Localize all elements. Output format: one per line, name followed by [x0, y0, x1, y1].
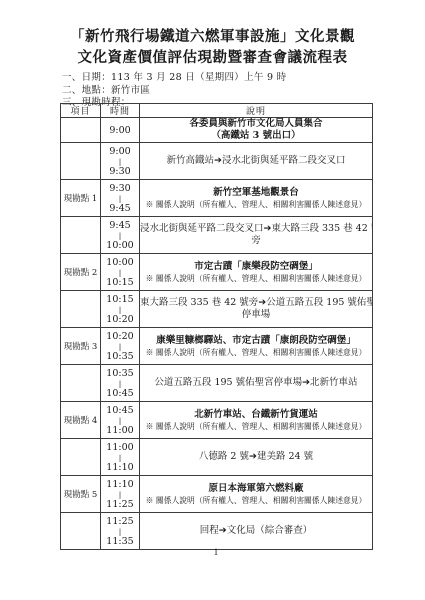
table-row: 現勘點 210:00|10:15市定古蹟「康樂段防空碉堡」※ 關係人說明（所有權…	[61, 254, 373, 291]
description-line: （高鐵站 3 號出口）	[140, 130, 372, 142]
item-cell: 現勘點 4	[61, 402, 101, 439]
time-value: 10:45	[101, 388, 139, 399]
item-cell	[61, 365, 101, 402]
description-line: 公道五路五段 195 號佑聖宮停車場➔北新竹車站	[140, 377, 372, 389]
item-cell	[61, 291, 101, 328]
document-title-line1: 「新竹飛行場鐵道六燃軍事設施」文化景觀	[0, 26, 425, 47]
description-line: 回程➔文化局（綜合審查）	[140, 525, 372, 537]
description-cell: 各委員與新竹市文化局人員集合（高鐵站 3 號出口）	[140, 118, 373, 143]
time-separator: |	[101, 157, 139, 166]
description-line: ※ 關係人說明（所有權人、管理人、相關利害關係人陳述意見）	[140, 199, 372, 210]
table-row: 11:00|11:10八德路 2 號➔建美路 24 號	[61, 439, 373, 476]
time-value: 9:00	[101, 125, 139, 136]
time-value: 10:45	[101, 405, 139, 416]
time-value: 11:10	[101, 479, 139, 490]
description-line: ※ 關係人說明（所有權人、管理人、相關利害關係人陳述意見）	[140, 347, 372, 358]
document-title: 「新竹飛行場鐵道六燃軍事設施」文化景觀 文化資產價值評估現勘暨審查會議流程表	[0, 0, 425, 68]
time-separator: |	[101, 231, 139, 240]
table-row: 現勘點 511:10|11:25原日本海軍第六燃料廠※ 關係人說明（所有權人、管…	[61, 476, 373, 513]
time-value: 11:00	[101, 442, 139, 453]
description-line: 停車場	[140, 309, 372, 321]
time-value: 10:20	[101, 331, 139, 342]
item-cell: 現勘點 1	[61, 180, 101, 217]
description-line: 新竹高鐵站➔浸水北街與延平路二段交叉口	[140, 155, 372, 167]
time-cell: 9:00|9:30	[101, 143, 140, 180]
table-row: 現勘點 310:20|10:35康樂里糠榔驛站、市定古蹟「康朗段防空碉堡」※ 關…	[61, 328, 373, 365]
time-separator: |	[101, 490, 139, 499]
page-number: 1	[0, 548, 425, 557]
table-row: 現勘點 19:30|9:45新竹空軍基地觀景台※ 關係人說明（所有權人、管理人、…	[61, 180, 373, 217]
description-line: ※ 關係人說明（所有權人、管理人、相關利害關係人陳述意見）	[140, 421, 372, 432]
time-value: 10:20	[101, 314, 139, 325]
description-line: 北新竹車站、台鐵新竹貨運站	[140, 409, 372, 421]
time-cell: 10:20|10:35	[101, 328, 140, 365]
col-header-desc: 說明	[140, 104, 373, 118]
description-line: 市定古蹟「康樂段防空碉堡」	[140, 261, 372, 273]
time-value: 10:35	[101, 368, 139, 379]
document-page: 「新竹飛行場鐵道六燃軍事設施」文化景觀 文化資產價值評估現勘暨審查會議流程表 一…	[0, 0, 425, 600]
meta-date: 一、日期：113 年 3 月 28 日（星期四）上午 9 時	[62, 72, 425, 85]
time-cell: 11:10|11:25	[101, 476, 140, 513]
description-line: 原日本海軍第六燃料廠	[140, 483, 372, 495]
document-title-line2: 文化資產價值評估現勘暨審查會議流程表	[0, 47, 425, 68]
table-row: 11:25|11:35回程➔文化局（綜合審查）	[61, 513, 373, 550]
time-separator: |	[101, 194, 139, 203]
table-header-row: 項目 時間 說明	[61, 104, 373, 118]
time-value: 11:10	[101, 462, 139, 473]
time-value: 10:00	[101, 240, 139, 251]
description-cell: 回程➔文化局（綜合審查）	[140, 513, 373, 550]
description-line: 旁	[140, 235, 372, 247]
item-cell	[61, 513, 101, 550]
table-row: 現勘點 410:45|11:00北新竹車站、台鐵新竹貨運站※ 關係人說明（所有權…	[61, 402, 373, 439]
time-value: 9:45	[101, 220, 139, 231]
table-row: 10:15|10:20東大路三段 335 巷 42 號旁➔公道五路五段 195 …	[61, 291, 373, 328]
item-cell	[61, 118, 101, 143]
item-cell	[61, 439, 101, 476]
time-cell: 10:35|10:45	[101, 365, 140, 402]
time-separator: |	[101, 379, 139, 388]
time-separator: |	[101, 268, 139, 277]
description-line: 各委員與新竹市文化局人員集合	[140, 118, 372, 130]
description-line: 康樂里糠榔驛站、市定古蹟「康朗段防空碉堡」	[140, 335, 372, 347]
time-separator: |	[101, 342, 139, 351]
description-cell: 原日本海軍第六燃料廠※ 關係人說明（所有權人、管理人、相關利害關係人陳述意見）	[140, 476, 373, 513]
description-line: 新竹空軍基地觀景台	[140, 187, 372, 199]
time-cell: 11:25|11:35	[101, 513, 140, 550]
description-line: 浸水北街與延平路二段交叉口➔東大路三段 335 巷 42 號	[140, 223, 372, 235]
description-cell: 新竹空軍基地觀景台※ 關係人說明（所有權人、管理人、相關利害關係人陳述意見）	[140, 180, 373, 217]
item-cell: 現勘點 5	[61, 476, 101, 513]
table-row: 9:00各委員與新竹市文化局人員集合（高鐵站 3 號出口）	[61, 118, 373, 143]
description-line: ※ 關係人說明（所有權人、管理人、相關利害關係人陳述意見）	[140, 495, 372, 506]
col-header-item: 項目	[61, 104, 101, 118]
time-cell: 10:15|10:20	[101, 291, 140, 328]
table-row: 10:35|10:45公道五路五段 195 號佑聖宮停車場➔北新竹車站	[61, 365, 373, 402]
item-cell	[61, 217, 101, 254]
time-value: 10:15	[101, 277, 139, 288]
table-row: 9:45|10:00浸水北街與延平路二段交叉口➔東大路三段 335 巷 42 號…	[61, 217, 373, 254]
time-value: 9:00	[101, 146, 139, 157]
description-line: 東大路三段 335 巷 42 號旁➔公道五路五段 195 號佑聖宮	[140, 297, 372, 309]
time-value: 10:15	[101, 294, 139, 305]
time-value: 11:25	[101, 516, 139, 527]
time-cell: 10:45|11:00	[101, 402, 140, 439]
description-cell: 康樂里糠榔驛站、市定古蹟「康朗段防空碉堡」※ 關係人說明（所有權人、管理人、相關…	[140, 328, 373, 365]
time-value: 11:35	[101, 536, 139, 547]
description-cell: 北新竹車站、台鐵新竹貨運站※ 關係人說明（所有權人、管理人、相關利害關係人陳述意…	[140, 402, 373, 439]
description-line: 八德路 2 號➔建美路 24 號	[140, 451, 372, 463]
item-cell	[61, 143, 101, 180]
time-separator: |	[101, 527, 139, 536]
time-cell: 9:30|9:45	[101, 180, 140, 217]
time-value: 9:30	[101, 166, 139, 177]
time-value: 9:30	[101, 183, 139, 194]
time-separator: |	[101, 305, 139, 314]
item-cell: 現勘點 2	[61, 254, 101, 291]
time-separator: |	[101, 453, 139, 462]
time-separator: |	[101, 416, 139, 425]
time-cell: 11:00|11:10	[101, 439, 140, 476]
description-line: ※ 關係人說明（所有權人、管理人、相關利害關係人陳述意見）	[140, 273, 372, 284]
description-cell: 公道五路五段 195 號佑聖宮停車場➔北新竹車站	[140, 365, 373, 402]
meta-location: 二、地點：新竹市區	[62, 85, 425, 98]
description-cell: 新竹高鐵站➔浸水北街與延平路二段交叉口	[140, 143, 373, 180]
table-row: 9:00|9:30新竹高鐵站➔浸水北街與延平路二段交叉口	[61, 143, 373, 180]
description-cell: 八德路 2 號➔建美路 24 號	[140, 439, 373, 476]
time-cell: 9:00	[101, 118, 140, 143]
item-cell: 現勘點 3	[61, 328, 101, 365]
time-value: 10:00	[101, 257, 139, 268]
time-value: 10:35	[101, 351, 139, 362]
description-cell: 東大路三段 335 巷 42 號旁➔公道五路五段 195 號佑聖宮停車場	[140, 291, 373, 328]
time-value: 11:00	[101, 425, 139, 436]
col-header-time: 時間	[101, 104, 140, 118]
time-value: 11:25	[101, 499, 139, 510]
description-cell: 浸水北街與延平路二段交叉口➔東大路三段 335 巷 42 號旁	[140, 217, 373, 254]
time-value: 9:45	[101, 203, 139, 214]
time-cell: 9:45|10:00	[101, 217, 140, 254]
description-cell: 市定古蹟「康樂段防空碉堡」※ 關係人說明（所有權人、管理人、相關利害關係人陳述意…	[140, 254, 373, 291]
schedule-table: 項目 時間 說明 9:00各委員與新竹市文化局人員集合（高鐵站 3 號出口）9:…	[60, 103, 373, 550]
time-cell: 10:00|10:15	[101, 254, 140, 291]
